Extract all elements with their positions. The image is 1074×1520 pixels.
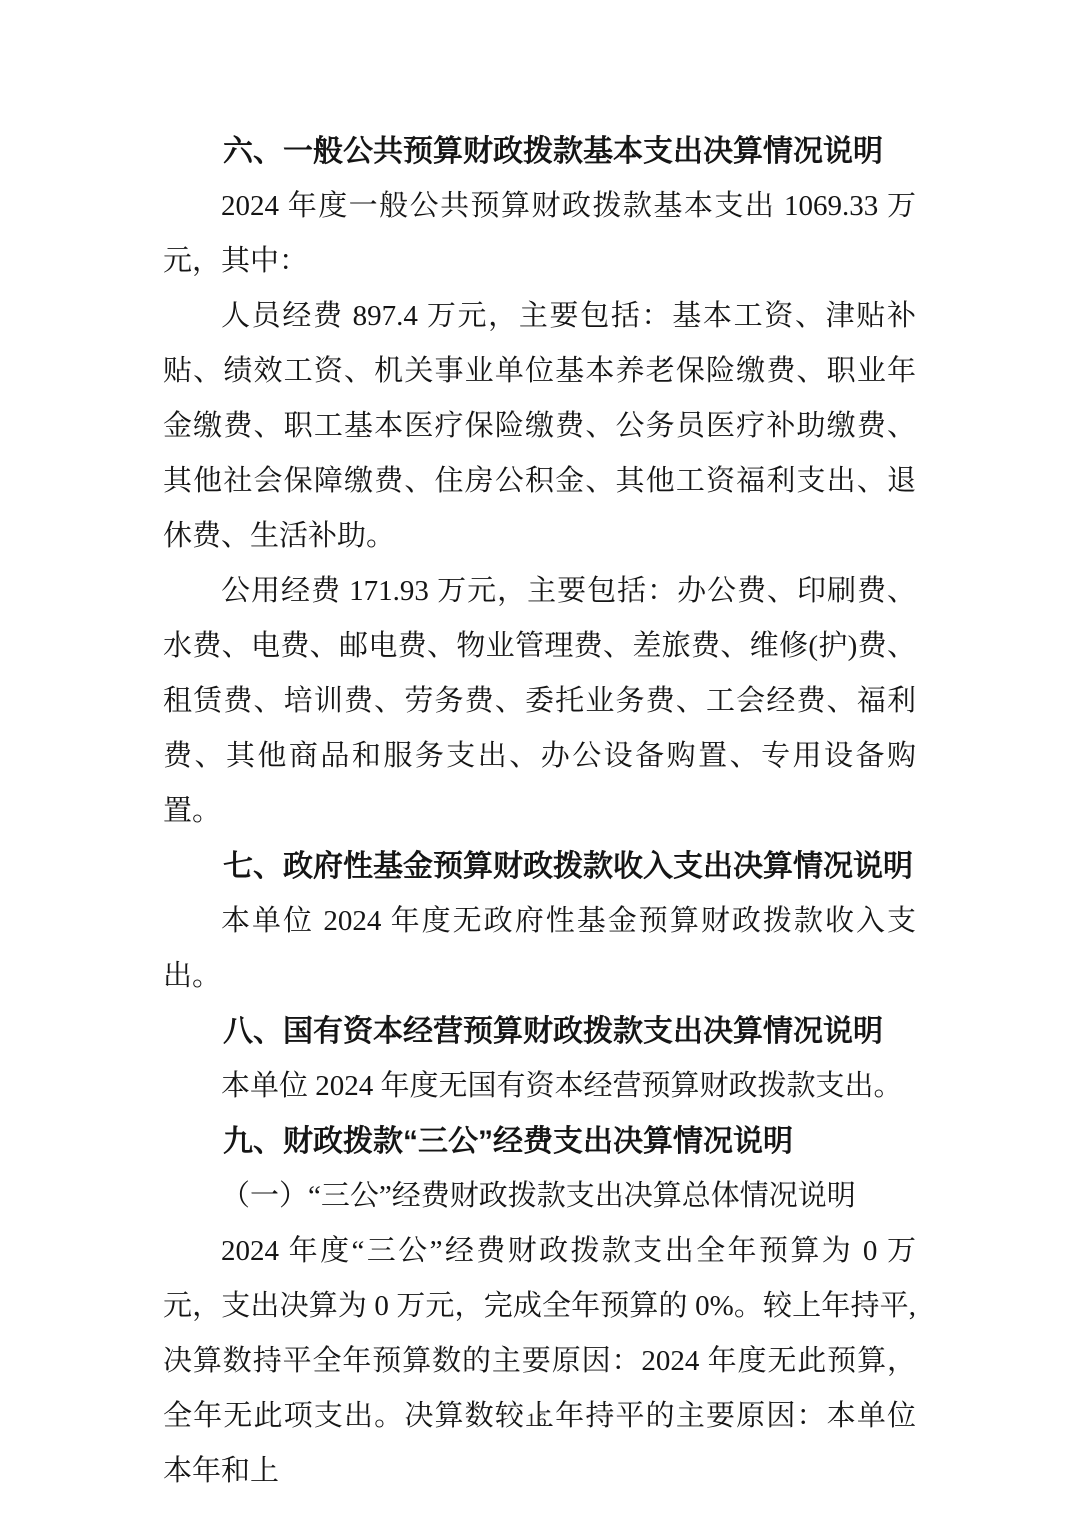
section-subheading: （一）“三公”经费财政拨款支出决算总体情况说明 — [163, 1169, 916, 1224]
section-heading: 七、政府性基金预算财政拨款收入支出决算情况说明 — [163, 839, 916, 894]
section-heading: 八、国有资本经营预算财政拨款支出决算情况说明 — [163, 1004, 916, 1059]
body-paragraph: 2024 年度“三公”经费财政拨款支出全年预算为 0 万元，支出决算为 0 万元… — [163, 1224, 916, 1499]
section-heading: 六、一般公共预算财政拨款基本支出决算情况说明 — [163, 124, 916, 179]
page-number: 16 — [0, 1410, 1074, 1432]
document-body: 六、一般公共预算财政拨款基本支出决算情况说明2024 年度一般公共预算财政拨款基… — [163, 124, 916, 1499]
body-paragraph: 本单位 2024 年度无政府性基金预算财政拨款收入支出。 — [163, 894, 916, 1004]
section-heading: 九、财政拨款“三公”经费支出决算情况说明 — [163, 1114, 916, 1169]
body-paragraph: 公用经费 171.93 万元，主要包括：办公费、印刷费、水费、电费、邮电费、物业… — [163, 564, 916, 839]
document-page: 六、一般公共预算财政拨款基本支出决算情况说明2024 年度一般公共预算财政拨款基… — [0, 0, 1074, 1520]
body-paragraph: 本单位 2024 年度无国有资本经营预算财政拨款支出。 — [163, 1059, 916, 1114]
body-paragraph: 2024 年度一般公共预算财政拨款基本支出 1069.33 万元，其中： — [163, 179, 916, 289]
body-paragraph: 人员经费 897.4 万元，主要包括：基本工资、津贴补贴、绩效工资、机关事业单位… — [163, 289, 916, 564]
